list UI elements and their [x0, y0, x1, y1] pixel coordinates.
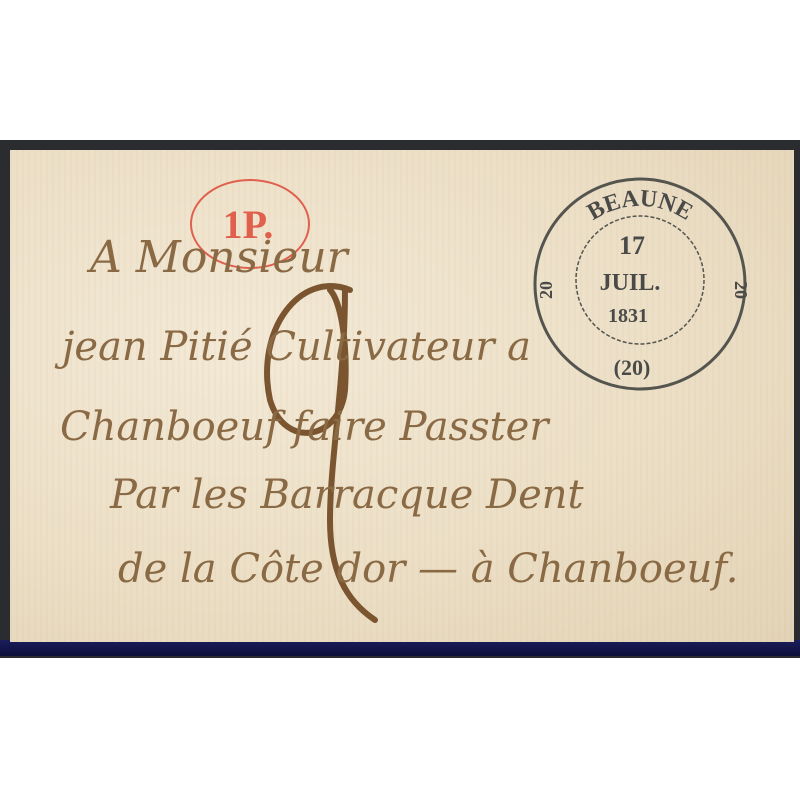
svg-text:jean Pitié Cultivateur a: jean Pitié Cultivateur a: [54, 324, 531, 370]
beaune-postmark: BEAUNE 17 JUIL. 1831 (20) 20 20: [535, 179, 751, 389]
svg-text:BEAUNE: BEAUNE: [583, 186, 697, 226]
svg-text:de la Côte dor — à Chanboeuf.: de la Côte dor — à Chanboeuf.: [118, 546, 739, 592]
svg-text:JUIL.: JUIL.: [600, 270, 661, 296]
svg-text:Chanboeuf faire Passter: Chanboeuf faire Passter: [60, 404, 551, 450]
cover-markings: 1P. BEAUNE 17 JUIL. 1831 (20) 20 20 A Mo…: [0, 0, 800, 800]
svg-text:A Monsieur: A Monsieur: [86, 232, 351, 283]
svg-text:(20): (20): [614, 355, 651, 380]
svg-text:1831: 1831: [608, 305, 648, 327]
svg-text:17: 17: [619, 231, 645, 260]
svg-text:20: 20: [536, 281, 556, 299]
svg-text:Par les Barracque Dent: Par les Barracque Dent: [109, 472, 585, 518]
svg-text:20: 20: [731, 281, 751, 299]
